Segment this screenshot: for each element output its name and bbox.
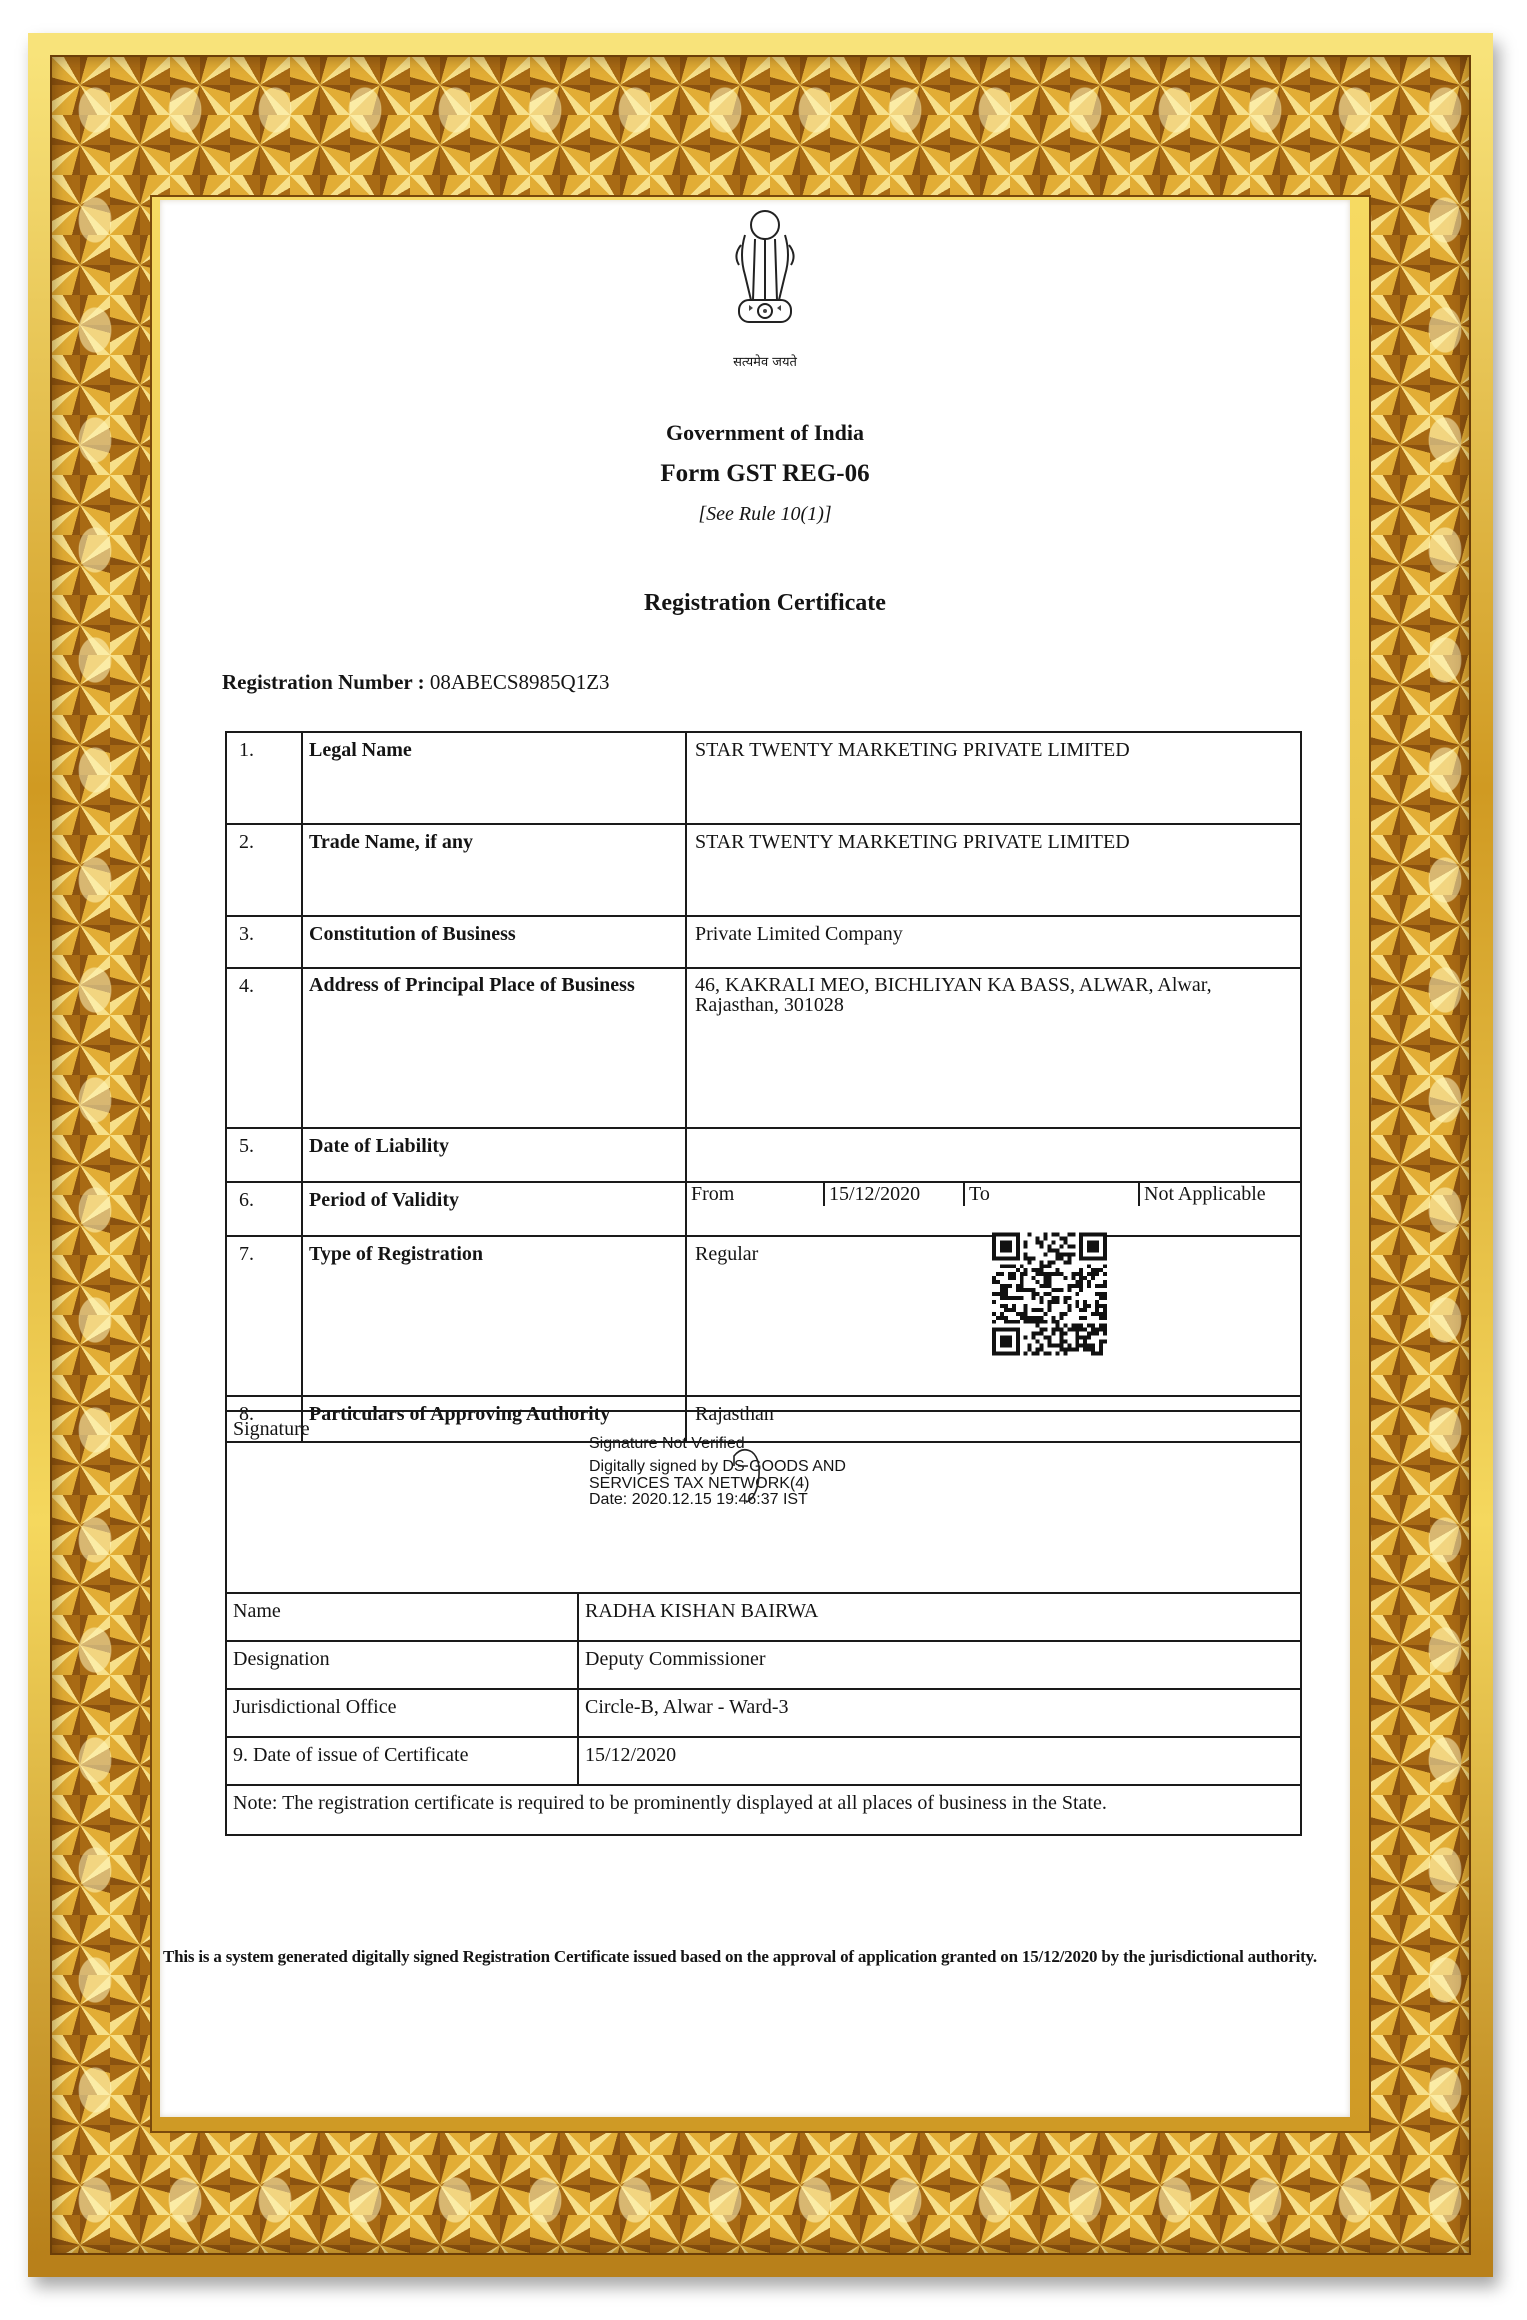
- officer-name-label: Name: [226, 1593, 578, 1641]
- digital-signature-block: Signature Not Verified Digitally signed …: [589, 1436, 846, 1509]
- signature-status: Signature Not Verified: [589, 1436, 846, 1453]
- table-row: 6. Period of Validity From 15/12/2020 To…: [226, 1182, 1301, 1236]
- table-row: 7. Type of Registration Regular: [226, 1236, 1301, 1396]
- validity-to-value: Not Applicable: [1139, 1183, 1300, 1206]
- row-label: Period of Validity: [302, 1182, 686, 1236]
- display-note: Note: The registration certificate is re…: [226, 1785, 1301, 1835]
- rule-reference: [See Rule 10(1)]: [500, 503, 1030, 526]
- registration-number-value: 08ABECS8985Q1Z3: [430, 670, 610, 694]
- issue-date-value: 15/12/2020: [578, 1737, 1301, 1785]
- signed-by-line-1: Digitally signed by DS GOODS AND: [589, 1459, 846, 1476]
- ashoka-emblem-icon: [725, 205, 805, 335]
- row-label: Address of Principal Place of Business: [302, 968, 686, 1128]
- officer-row: 9. Date of issue of Certificate 15/12/20…: [226, 1737, 1301, 1785]
- registration-number: Registration Number : 08ABECS8985Q1Z3: [222, 670, 610, 695]
- signature-table: Signature Signature Not Verified Digital…: [225, 1410, 1302, 1836]
- legal-name-value: STAR TWENTY MARKETING PRIVATE LIMITED: [686, 732, 1301, 824]
- validity-table: From 15/12/2020 To Not Applicable: [687, 1183, 1300, 1206]
- signature-label: Signature: [233, 1418, 310, 1440]
- signature-cell: Signature Signature Not Verified Digital…: [226, 1411, 1301, 1593]
- registration-details-table: 1. Legal Name STAR TWENTY MARKETING PRIV…: [225, 731, 1302, 1443]
- date-of-liability-value: [686, 1128, 1301, 1182]
- table-row: 4. Address of Principal Place of Busines…: [226, 968, 1301, 1128]
- officer-name-value: RADHA KISHAN BAIRWA: [578, 1593, 1301, 1641]
- row-label: Trade Name, if any: [302, 824, 686, 916]
- validity-from-value: 15/12/2020: [824, 1183, 964, 1206]
- issue-date-label: 9. Date of issue of Certificate: [226, 1737, 578, 1785]
- row-number: 1.: [226, 732, 302, 824]
- row-number: 7.: [226, 1236, 302, 1396]
- trade-name-value: STAR TWENTY MARKETING PRIVATE LIMITED: [686, 824, 1301, 916]
- officer-row: Designation Deputy Commissioner: [226, 1641, 1301, 1689]
- row-label: Date of Liability: [302, 1128, 686, 1182]
- emblem-motto: सत्यमेव जयते: [700, 352, 830, 370]
- government-heading: Government of India: [500, 420, 1030, 446]
- row-label: Legal Name: [302, 732, 686, 824]
- jurisdictional-office-label: Jurisdictional Office: [226, 1689, 578, 1737]
- form-heading: Form GST REG-06: [500, 460, 1030, 488]
- registration-number-label: Registration Number :: [222, 670, 425, 694]
- designation-value: Deputy Commissioner: [578, 1641, 1301, 1689]
- row-label: Constitution of Business: [302, 916, 686, 968]
- validity-from-label: From: [687, 1183, 824, 1206]
- row-number: 5.: [226, 1128, 302, 1182]
- designation-label: Designation: [226, 1641, 578, 1689]
- table-row: 5. Date of Liability: [226, 1128, 1301, 1182]
- signature-mark-icon: [732, 1444, 766, 1504]
- table-row: 3. Constitution of Business Private Limi…: [226, 916, 1301, 968]
- table-row: 2. Trade Name, if any STAR TWENTY MARKET…: [226, 824, 1301, 916]
- validity-cell: From 15/12/2020 To Not Applicable: [686, 1182, 1301, 1236]
- system-generated-footer: This is a system generated digitally sig…: [163, 1945, 1343, 1970]
- row-label: Type of Registration: [302, 1236, 686, 1396]
- officer-row: Name RADHA KISHAN BAIRWA: [226, 1593, 1301, 1641]
- jurisdictional-office-value: Circle-B, Alwar - Ward-3: [578, 1689, 1301, 1737]
- row-number: 2.: [226, 824, 302, 916]
- validity-to-label: To: [964, 1183, 1139, 1206]
- officer-row: Jurisdictional Office Circle-B, Alwar - …: [226, 1689, 1301, 1737]
- qr-code-icon: [992, 1232, 1107, 1356]
- row-number: 3.: [226, 916, 302, 968]
- row-number: 4.: [226, 968, 302, 1128]
- address-value: 46, KAKRALI MEO, BICHLIYAN KA BASS, ALWA…: [686, 968, 1301, 1128]
- certificate-title: Registration Certificate: [500, 590, 1030, 617]
- constitution-value: Private Limited Company: [686, 916, 1301, 968]
- signed-by-line-2: SERVICES TAX NETWORK(4): [589, 1476, 846, 1493]
- table-row: 1. Legal Name STAR TWENTY MARKETING PRIV…: [226, 732, 1301, 824]
- row-number: 6.: [226, 1182, 302, 1236]
- signature-date: Date: 2020.12.15 19:46:37 IST: [589, 1492, 846, 1509]
